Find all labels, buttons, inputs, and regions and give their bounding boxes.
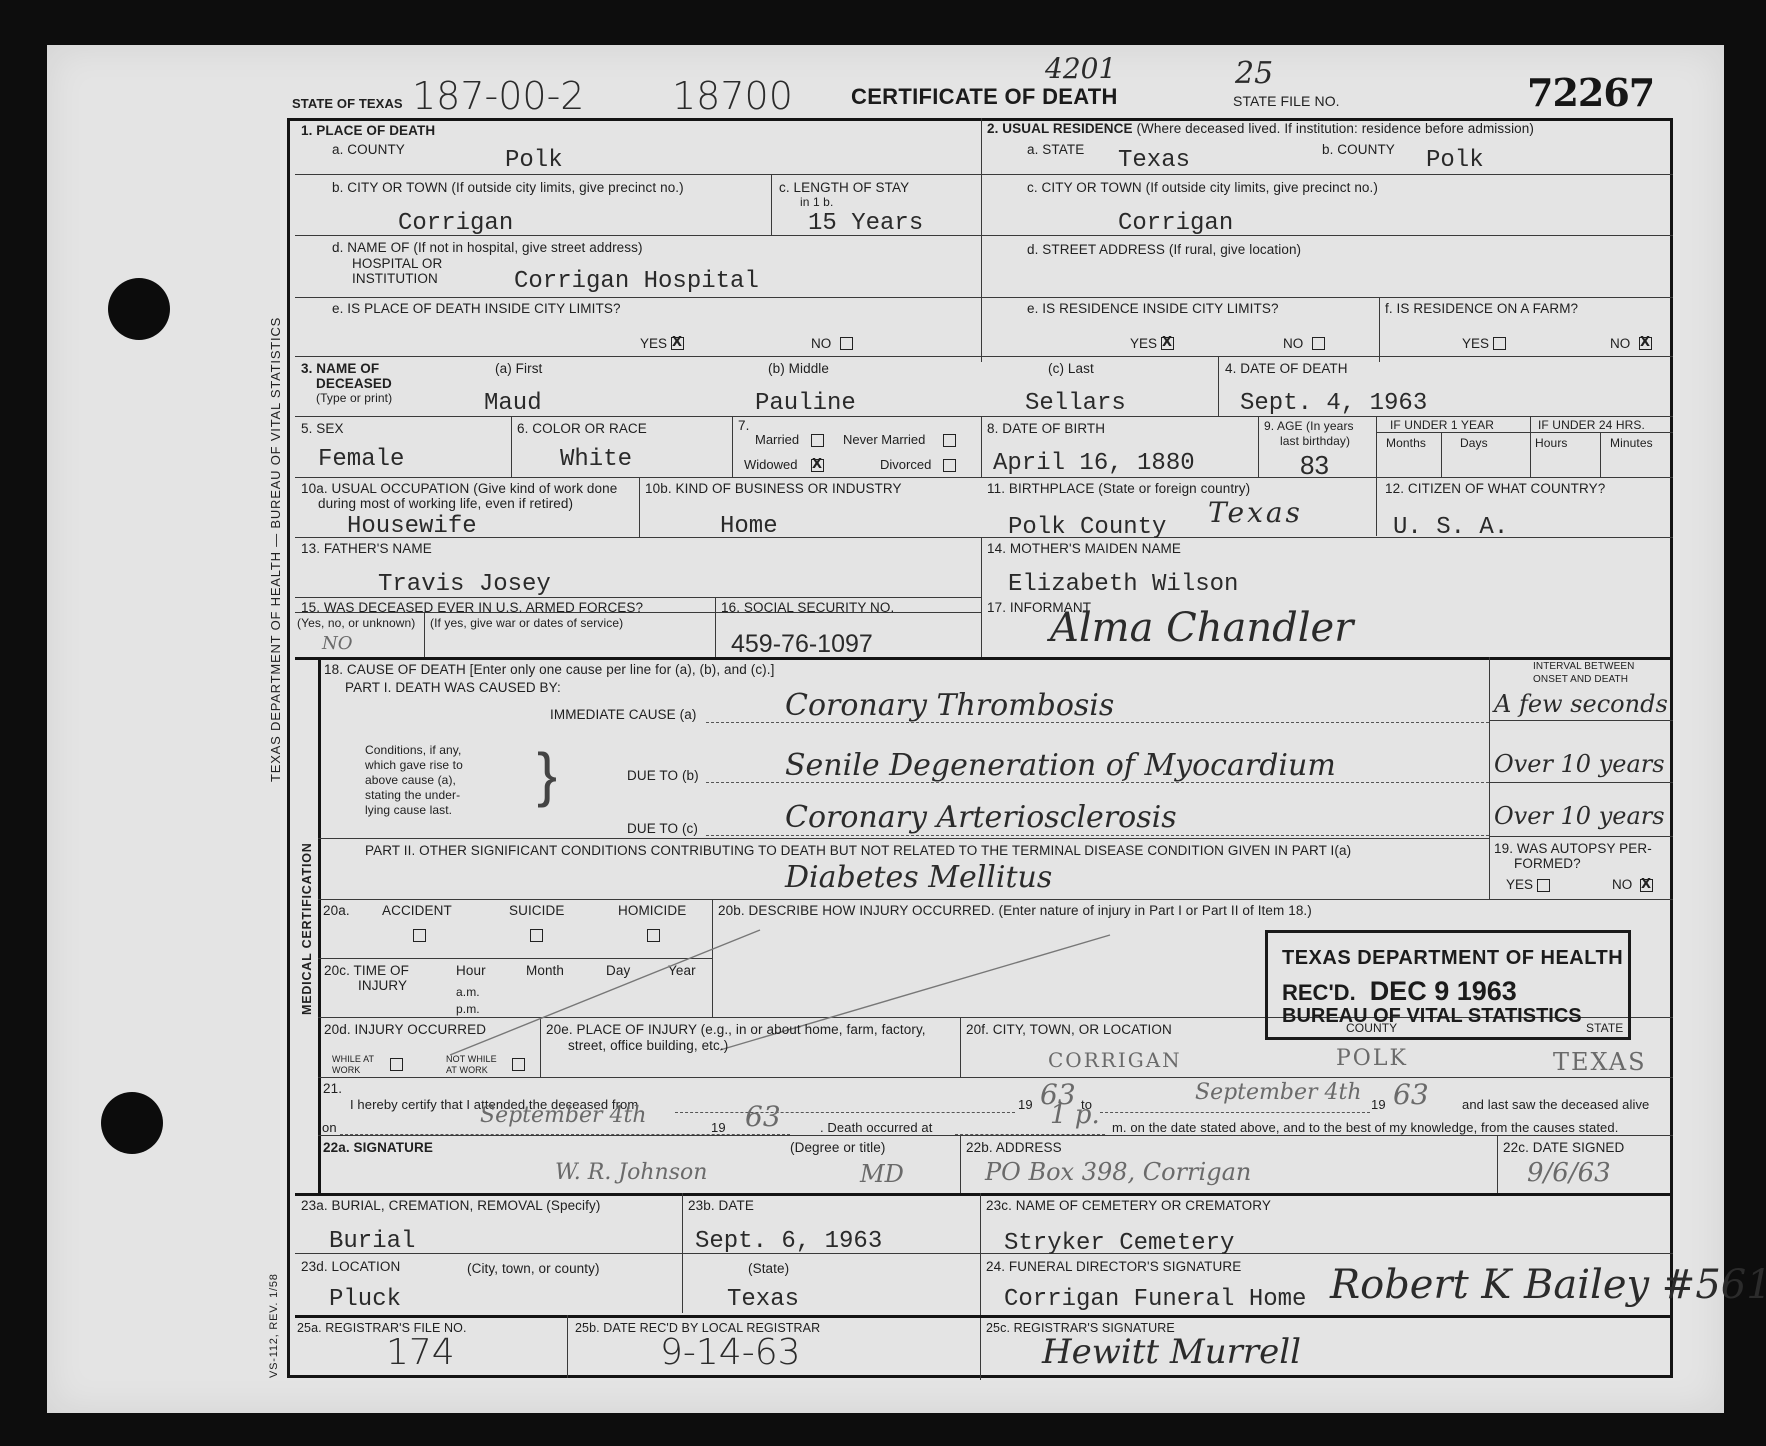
divider: [295, 1253, 1673, 1254]
while-at-work-checkbox[interactable]: [390, 1058, 403, 1071]
informant-value[interactable]: Alma Chandler: [1050, 605, 1353, 651]
cemetery-label: 23c. NAME OF CEMETERY OR CREMATORY: [986, 1198, 1271, 1213]
department-side-label: TEXAS DEPARTMENT OF HEALTH — BUREAU OF V…: [268, 317, 283, 782]
degree-value[interactable]: MD: [860, 1160, 904, 1188]
business-label: 10b. KIND OF BUSINESS OR INDUSTRY: [645, 481, 902, 496]
occupation-label: 10a. USUAL OCCUPATION (Give kind of work…: [301, 481, 617, 496]
last-seen-year-value[interactable]: 63: [745, 1100, 781, 1133]
divider: [511, 416, 512, 477]
last-name-label: (c) Last: [1048, 361, 1094, 376]
city-label: b. CITY OR TOWN (If outside city limits,…: [332, 180, 684, 195]
marital-label: 7.: [738, 418, 749, 433]
due-to-b-value[interactable]: Senile Degeneration of Myocardium: [785, 748, 1336, 783]
birthplace-value[interactable]: Polk County: [1008, 514, 1166, 541]
place-of-injury-sublabel: street, office building, etc.): [568, 1038, 728, 1053]
address-value[interactable]: PO Box 398, Corrigan: [985, 1158, 1251, 1186]
divider: [639, 477, 640, 537]
death-occurred-label: . Death occurred at: [820, 1120, 932, 1135]
signature-label: 22a. SIGNATURE: [323, 1140, 433, 1155]
divider: [1489, 782, 1673, 783]
due-to-b-label: DUE TO (b): [627, 768, 699, 783]
funeral-director-signature[interactable]: Robert K Bailey #5617: [1330, 1262, 1766, 1308]
autopsy-sublabel: FORMED?: [1514, 856, 1581, 871]
dob-label: 8. DATE OF BIRTH: [987, 421, 1105, 436]
certification-text-2: and last saw the deceased alive: [1462, 1097, 1649, 1112]
part2-label: PART II. OTHER SIGNIFICANT CONDITIONS CO…: [365, 843, 1351, 858]
armed-forces-value[interactable]: NO: [322, 633, 353, 654]
residence-city-label: c. CITY OR TOWN (If outside city limits,…: [1027, 180, 1378, 195]
usual-residence-label: 2. USUAL RESIDENCE (Where deceased lived…: [987, 121, 1534, 136]
residence-state-value[interactable]: Texas: [1118, 147, 1190, 174]
last-seen-date-value[interactable]: September 4th: [480, 1103, 647, 1128]
time-of-injury-label: 20c. TIME OF: [324, 963, 409, 978]
middle-name-value[interactable]: Pauline: [755, 390, 856, 417]
under-24-hrs-label: IF UNDER 24 HRS.: [1538, 419, 1645, 432]
farm-yes-checkbox[interactable]: [1493, 337, 1506, 350]
stay-value[interactable]: 15 Years: [808, 210, 923, 237]
state-of-texas-label: STATE OF TEXAS: [292, 96, 403, 111]
not-while-at-work-label: NOT WHILE AT WORK: [446, 1054, 506, 1076]
divider: [981, 537, 982, 657]
birthplace-label: 11. BIRTHPLACE (State or foreign country…: [987, 481, 1250, 496]
death-city-value[interactable]: Corrigan: [398, 210, 513, 237]
residence-inside-city-label: e. IS RESIDENCE INSIDE CITY LIMITS?: [1027, 301, 1279, 316]
stamp-line-1: TEXAS DEPARTMENT OF HEALTH: [1282, 947, 1623, 970]
inside-city-label: e. IS PLACE OF DEATH INSIDE CITY LIMITS?: [332, 301, 621, 316]
registrar-signature[interactable]: Hewitt Murrell: [1042, 1332, 1301, 1372]
divider: [1258, 416, 1259, 477]
divider: [295, 174, 981, 175]
stamp-state-label: STATE: [1586, 1022, 1623, 1035]
divider: [981, 118, 982, 362]
widowed-checkbox[interactable]: [811, 459, 824, 472]
certificate-number: 72267: [1527, 70, 1654, 115]
date-signed-value[interactable]: 9/6/63: [1527, 1158, 1611, 1188]
ssn-label: 16. SOCIAL SECURITY NO.: [721, 600, 894, 615]
cause-of-death-label: 18. CAUSE OF DEATH [Enter only one cause…: [324, 662, 774, 677]
first-name-label: (a) First: [495, 361, 542, 376]
part1-label: PART I. DEATH WAS CAUSED BY:: [345, 680, 561, 695]
certification-text-3: m. on the date stated above, and to the …: [1112, 1120, 1618, 1135]
accident-prefix: 20a.: [323, 903, 350, 918]
divider: [675, 1112, 1015, 1113]
handwritten-25: 25: [1235, 56, 1273, 91]
cemetery-value[interactable]: Stryker Cemetery: [1004, 1230, 1234, 1257]
to-year-value[interactable]: 63: [1393, 1078, 1429, 1111]
burial-date-label: 23b. DATE: [688, 1198, 754, 1213]
binder-hole-bottom: [101, 1092, 163, 1154]
yes-label: YES: [1506, 877, 1533, 892]
residence-county-value[interactable]: Polk: [1426, 147, 1484, 174]
divider: [318, 838, 1489, 839]
mother-value[interactable]: Elizabeth Wilson: [1008, 571, 1238, 598]
age-label: 9. AGE (In years: [1264, 420, 1354, 433]
disposition-label: 23a. BURIAL, CREMATION, REMOVAL (Specify…: [301, 1198, 600, 1213]
death-inside-city-yes-checkbox[interactable]: [671, 337, 684, 350]
on-label: on: [322, 1120, 337, 1135]
date-received-value[interactable]: 9-14-63: [660, 1332, 801, 1373]
yes-label: YES: [1130, 336, 1157, 351]
days-label: Days: [1460, 437, 1488, 450]
autopsy-no-checkbox[interactable]: [1640, 879, 1653, 892]
divider: [706, 835, 1489, 836]
divider: [295, 657, 1673, 660]
stamp-line-3: BUREAU OF VITAL STATISTICS: [1282, 1005, 1582, 1028]
no-label: NO: [1612, 877, 1632, 892]
age-sublabel: last birthday): [1280, 435, 1350, 448]
farm-label: f. IS RESIDENCE ON A FARM?: [1385, 301, 1578, 316]
divorced-label: Divorced: [880, 457, 931, 472]
father-label: 13. FATHER'S NAME: [301, 541, 432, 556]
never-married-label: Never Married: [843, 432, 925, 447]
stay-sublabel: in 1 b.: [800, 196, 833, 209]
divider: [1530, 416, 1531, 477]
certification-number: 21.: [323, 1081, 342, 1096]
stay-label: c. LENGTH OF STAY: [779, 180, 909, 195]
yes-label: YES: [640, 336, 667, 351]
citizen-label: 12. CITIZEN OF WHAT COUNTRY?: [1385, 481, 1605, 496]
accident-label: ACCIDENT: [382, 903, 452, 918]
funeral-director-label: 24. FUNERAL DIRECTOR'S SIGNATURE: [986, 1259, 1241, 1274]
divider: [1376, 432, 1673, 433]
divider: [1379, 297, 1380, 362]
married-checkbox[interactable]: [811, 434, 824, 447]
divider: [715, 597, 716, 657]
injury-location-label: 20f. CITY, TOWN, OR LOCATION: [966, 1022, 1172, 1037]
no-label: NO: [1283, 336, 1303, 351]
widowed-label: Widowed: [744, 457, 797, 472]
autopsy-label: 19. WAS AUTOPSY PER-: [1494, 841, 1652, 856]
divider: [318, 1135, 1673, 1136]
institution-value[interactable]: Corrigan Hospital: [514, 268, 759, 295]
interval-a-value[interactable]: A few seconds: [1494, 690, 1668, 718]
due-to-c-label: DUE TO (c): [627, 821, 698, 836]
residence-county-label: b. COUNTY: [1322, 142, 1395, 157]
farm-no-checkbox[interactable]: [1639, 337, 1652, 350]
stamp-county-label: COUNTY: [1346, 1022, 1397, 1035]
handwritten-code-1: 187-00-2: [412, 74, 584, 118]
county-label: a. COUNTY: [332, 142, 405, 157]
armed-yes-no-label: (Yes, no, or unknown): [297, 617, 415, 630]
type-or-print-label: (Type or print): [316, 392, 392, 405]
hours-label: Hours: [1535, 437, 1568, 450]
registrar-file-no-value[interactable]: 174: [386, 1332, 455, 1373]
residence-inside-city-yes-checkbox[interactable]: [1161, 337, 1174, 350]
birthplace-handwritten: Texas: [1208, 496, 1303, 529]
conditions-note: Conditions, if any, which gave rise to a…: [365, 743, 463, 818]
institution-sublabel-2: INSTITUTION: [352, 271, 438, 286]
immediate-cause-label: IMMEDIATE CAUSE (a): [550, 707, 696, 722]
due-to-c-value[interactable]: Coronary Arteriosclerosis: [785, 800, 1177, 835]
married-label: Married: [755, 432, 799, 447]
occupation-sublabel: during most of working life, even if ret…: [318, 496, 573, 511]
not-while-at-work-checkbox[interactable]: [512, 1058, 525, 1071]
injury-state-value[interactable]: TEXAS: [1553, 1048, 1647, 1076]
divider: [1489, 836, 1673, 837]
divider: [295, 1315, 1673, 1318]
divider: [1441, 432, 1442, 477]
divider: [1100, 1112, 1370, 1113]
ssn-value[interactable]: 459-76-1097: [731, 630, 873, 659]
dob-value[interactable]: April 16, 1880: [993, 450, 1195, 477]
occupation-value[interactable]: Housewife: [347, 513, 477, 540]
injury-county-value[interactable]: POLK: [1336, 1046, 1408, 1071]
death-time-value[interactable]: 1 p.: [1050, 1100, 1100, 1130]
street-address-label: d. STREET ADDRESS (If rural, give locati…: [1027, 242, 1301, 257]
state-sublabel: (State): [748, 1261, 789, 1276]
institution-sublabel-1: HOSPITAL OR: [352, 256, 442, 271]
injury-sublabel: INJURY: [358, 978, 407, 993]
date-of-death-value[interactable]: Sept. 4, 1963: [1240, 390, 1427, 417]
middle-name-label: (b) Middle: [768, 361, 829, 376]
strike-through-lines: [420, 920, 1120, 1060]
divorced-checkbox[interactable]: [943, 459, 956, 472]
state-file-no-label: STATE FILE NO.: [1233, 94, 1340, 109]
certificate-title: CERTIFICATE OF DEATH: [851, 84, 1118, 110]
interval-c-value[interactable]: Over 10 years: [1494, 802, 1665, 830]
armed-service-label: (If yes, give war or dates of service): [430, 617, 623, 630]
no-label: NO: [1610, 336, 1630, 351]
homicide-label: HOMICIDE: [618, 903, 686, 918]
under-1-year-label: IF UNDER 1 YEAR: [1390, 419, 1494, 432]
handwritten-4201: 4201: [1045, 52, 1116, 85]
divider: [981, 416, 982, 477]
stamp-line-2: REC'D.DEC 9 1963: [1282, 976, 1517, 1007]
mother-label: 14. MOTHER'S MAIDEN NAME: [987, 541, 1181, 556]
divider: [1218, 356, 1219, 416]
yes-label: YES: [1462, 336, 1489, 351]
interval-sublabel: ONSET AND DEATH: [1533, 674, 1628, 685]
first-name-value[interactable]: Maud: [484, 390, 542, 417]
residence-city-value[interactable]: Corrigan: [1118, 210, 1233, 237]
injury-city-value[interactable]: CORRIGAN: [1048, 1048, 1182, 1072]
residence-state-label: a. STATE: [1027, 142, 1084, 157]
divider: [1376, 416, 1377, 536]
months-label: Months: [1386, 437, 1426, 450]
binder-hole-top: [108, 278, 170, 340]
residence-inside-city-no-checkbox[interactable]: [1312, 337, 1325, 350]
to-year-prefix: 19: [1371, 1097, 1386, 1112]
citizen-value[interactable]: U. S. A.: [1393, 514, 1508, 541]
place-of-death-label: 1. PLACE OF DEATH: [301, 123, 435, 138]
immediate-cause-value[interactable]: Coronary Thrombosis: [785, 688, 1114, 723]
received-stamp: TEXAS DEPARTMENT OF HEALTH REC'D.DEC 9 1…: [1265, 930, 1631, 1040]
brace-icon: }: [537, 745, 557, 805]
degree-label: (Degree or title): [790, 1140, 885, 1155]
location-value[interactable]: Pluck: [329, 1286, 401, 1313]
father-value[interactable]: Travis Josey: [378, 571, 551, 598]
disposition-value[interactable]: Burial: [329, 1228, 415, 1255]
divider: [955, 1134, 1105, 1135]
divider: [295, 477, 1673, 478]
armed-forces-label: 15. WAS DECEASED EVER IN U.S. ARMED FORC…: [301, 600, 643, 615]
address-label: 22b. ADDRESS: [966, 1140, 1062, 1155]
minutes-label: Minutes: [1610, 437, 1653, 450]
handwritten-code-2: 18700: [672, 74, 793, 118]
funeral-home-value[interactable]: Corrigan Funeral Home: [1004, 1286, 1306, 1313]
business-value[interactable]: Home: [720, 513, 778, 540]
physician-signature[interactable]: W. R. Johnson: [555, 1160, 707, 1185]
no-label: NO: [811, 336, 831, 351]
name-label: 3. NAME OF: [301, 361, 379, 376]
sex-value[interactable]: Female: [318, 446, 404, 473]
divider: [567, 1315, 568, 1378]
divider: [1489, 720, 1673, 721]
sex-label: 5. SEX: [301, 421, 344, 436]
form-revision-label: VS-112, REV. 1/58: [268, 1273, 280, 1378]
divider: [981, 174, 1673, 175]
location-label: 23d. LOCATION: [301, 1259, 400, 1274]
death-inside-city-no-checkbox[interactable]: [840, 337, 853, 350]
location-sublabel: (City, town, or county): [467, 1261, 600, 1276]
date-signed-label: 22c. DATE SIGNED: [1503, 1140, 1624, 1155]
age-value[interactable]: 83: [1300, 450, 1329, 481]
divider: [295, 1193, 1673, 1196]
divider: [1497, 1135, 1498, 1193]
divider: [295, 297, 1673, 298]
divider: [1489, 657, 1490, 899]
divider: [1600, 432, 1601, 477]
while-at-work-label: WHILE AT WORK: [332, 1054, 380, 1076]
divider: [318, 1077, 1673, 1078]
race-value[interactable]: White: [560, 446, 632, 473]
divider: [980, 1193, 981, 1380]
describe-injury-label: 20b. DESCRIBE HOW INJURY OCCURRED. (Ente…: [718, 903, 1312, 918]
last-seen-year-prefix: 19: [711, 1120, 726, 1135]
last-name-value[interactable]: Sellars: [1025, 390, 1126, 417]
divider: [960, 1135, 961, 1193]
interval-label: INTERVAL BETWEEN: [1533, 661, 1634, 672]
interval-b-value[interactable]: Over 10 years: [1494, 750, 1665, 778]
suicide-label: SUICIDE: [509, 903, 564, 918]
part2-value[interactable]: Diabetes Mellitus: [785, 860, 1052, 895]
divider: [732, 416, 733, 477]
divider: [771, 174, 772, 235]
institution-label: d. NAME OF (If not in hospital, give str…: [332, 240, 643, 255]
burial-state-value[interactable]: Texas: [727, 1286, 799, 1313]
divider: [318, 899, 1673, 900]
never-married-checkbox[interactable]: [943, 434, 956, 447]
deceased-label: DECEASED: [316, 376, 392, 391]
place-of-injury-label: 20e. PLACE OF INJURY (e.g., in or about …: [546, 1022, 926, 1037]
autopsy-yes-checkbox[interactable]: [1537, 879, 1550, 892]
to-date-value[interactable]: September 4th: [1195, 1080, 1362, 1105]
date-of-death-label: 4. DATE OF DEATH: [1225, 361, 1348, 376]
burial-date-value[interactable]: Sept. 6, 1963: [695, 1228, 882, 1255]
injury-occurred-label: 20d. INJURY OCCURRED: [324, 1022, 486, 1037]
divider: [295, 356, 1673, 357]
death-county-value[interactable]: Polk: [505, 147, 563, 174]
divider: [424, 612, 425, 657]
divider: [318, 657, 321, 1193]
from-year-prefix: 19: [1018, 1097, 1033, 1112]
race-label: 6. COLOR OR RACE: [517, 421, 647, 436]
